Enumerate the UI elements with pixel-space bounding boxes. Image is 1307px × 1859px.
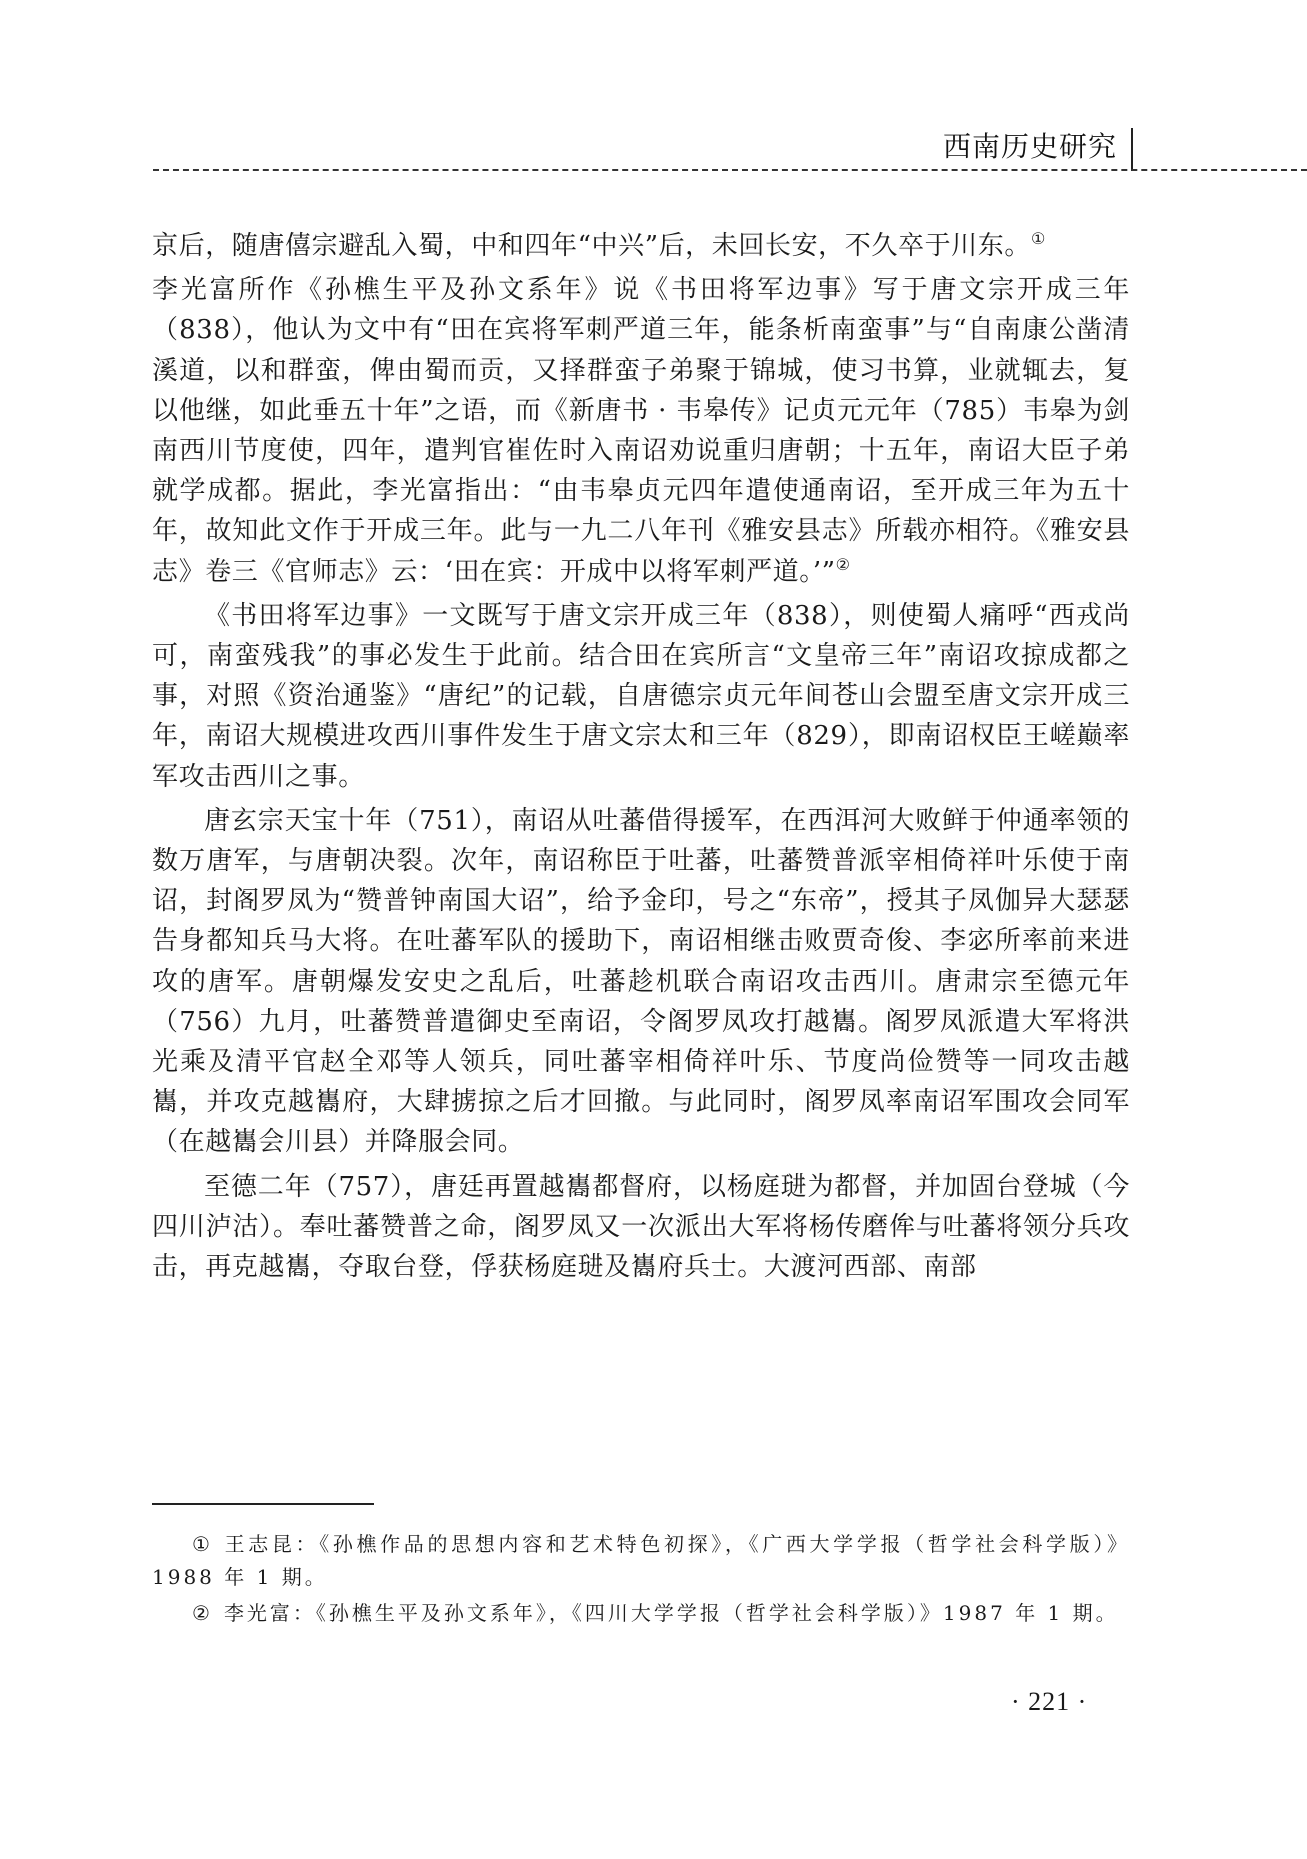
paragraph-text: 至德二年（757），唐廷再置越巂都督府，以杨庭琎为都督，并加固台登城（今四川泸沽…: [152, 1172, 1130, 1282]
paragraph-4: 唐玄宗天宝十年（751），南诏从吐蕃借得援军，在西洱河大败鲜于仲通率领的数万唐军…: [152, 801, 1130, 1163]
page-number: · 221 ·: [1011, 1687, 1087, 1717]
footnote-separator: [152, 1503, 374, 1505]
paragraph-text: 《书田将军边事》一文既写于唐文宗开成三年（838），则使蜀人痛呼“西戎尚可，南蛮…: [152, 601, 1130, 792]
footnote-text: 李光富：《孙樵生平及孙文系年》，《四川大学学报（哲学社会科学版）》1987 年 …: [224, 1601, 1119, 1625]
running-header: 西南历史研究: [0, 0, 1307, 175]
footnote-mark: ②: [192, 1601, 210, 1625]
footnote-1: ①王志昆：《孙樵作品的思想内容和艺术特色初探》，《广西大学学报（哲学社会科学版）…: [152, 1528, 1130, 1594]
paragraph-text: 京后，随唐僖宗避乱入蜀，中和四年“中兴”后，未回长安，不久卒于川东。: [152, 231, 1031, 261]
journal-title: 西南历史研究: [943, 130, 1117, 164]
paragraph-5: 至德二年（757），唐廷再置越巂都督府，以杨庭琎为都督，并加固台登城（今四川泸沽…: [152, 1167, 1130, 1288]
paragraph-2: 李光富所作《孙樵生平及孙文系年》说《书田将军边事》写于唐文宗开成三年（838），…: [152, 270, 1130, 592]
paragraph-1: 京后，随唐僖宗避乱入蜀，中和四年“中兴”后，未回长安，不久卒于川东。①: [152, 226, 1130, 266]
article-body: 京后，随唐僖宗避乱入蜀，中和四年“中兴”后，未回长安，不久卒于川东。① 李光富所…: [152, 226, 1130, 1287]
paragraph-text: 唐玄宗天宝十年（751），南诏从吐蕃借得援军，在西洱河大败鲜于仲通率领的数万唐军…: [152, 806, 1130, 1158]
header-divider-bar: [1131, 128, 1133, 171]
footnote-reference-1[interactable]: ①: [1031, 229, 1046, 248]
footnote-2: ②李光富：《孙樵生平及孙文系年》，《四川大学学报（哲学社会科学版）》1987 年…: [152, 1597, 1130, 1630]
footnotes: ①王志昆：《孙樵作品的思想内容和艺术特色初探》，《广西大学学报（哲学社会科学版）…: [152, 1528, 1130, 1630]
footnote-reference-2[interactable]: ②: [836, 555, 851, 574]
header-dashed-rule: [153, 169, 1307, 171]
footnote-mark: ①: [192, 1532, 211, 1556]
paragraph-3: 《书田将军边事》一文既写于唐文宗开成三年（838），则使蜀人痛呼“西戎尚可，南蛮…: [152, 596, 1130, 797]
paragraph-text: 李光富所作《孙樵生平及孙文系年》说《书田将军边事》写于唐文宗开成三年（838），…: [152, 275, 1130, 586]
footnote-text: 王志昆：《孙樵作品的思想内容和艺术特色初探》，《广西大学学报（哲学社会科学版）》…: [152, 1532, 1130, 1589]
